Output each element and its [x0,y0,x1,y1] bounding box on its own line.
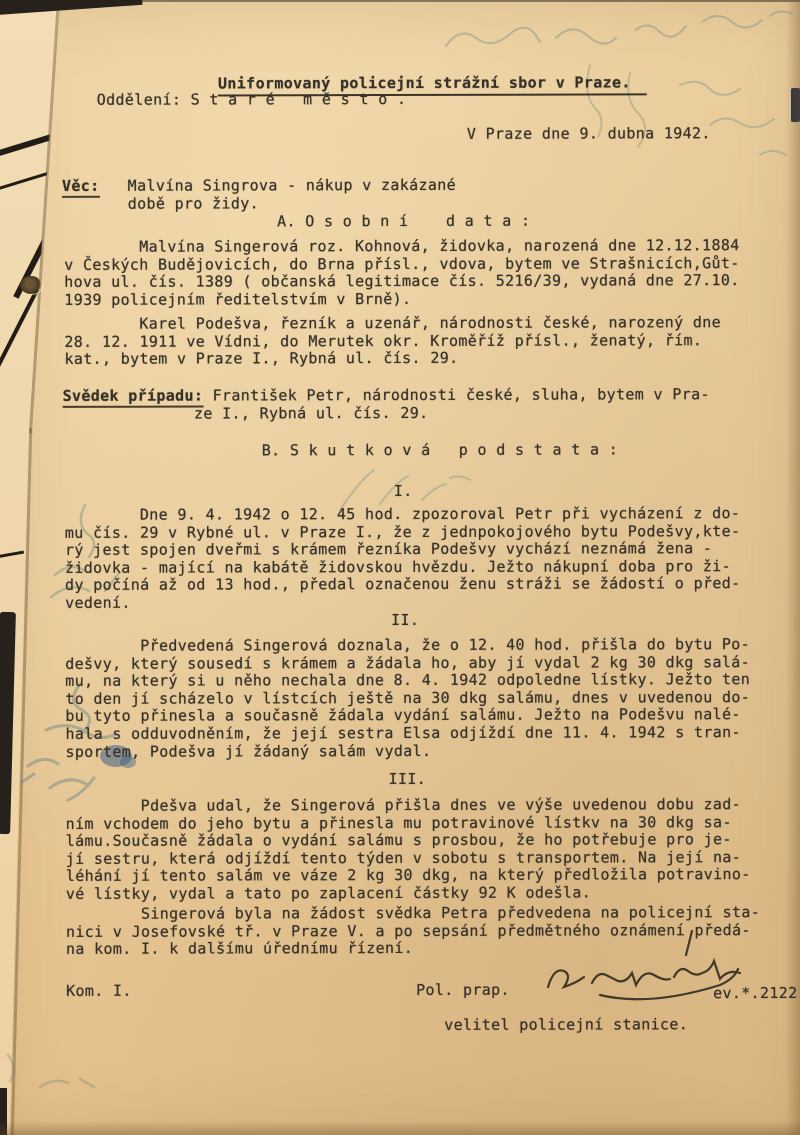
paragraph-part1: Dne 9. 4. 1942 o 12. 45 hod. zpozoroval … [65,505,741,612]
witness-block: Svědek případu: František Petr, národnos… [63,386,710,423]
typed-text-layer: Uniformovaný policejní strážní sbor v Pr… [0,0,800,1135]
paragraph-singerova: Malvína Singerová roz. Kohnová, židovka,… [64,237,740,309]
paragraph-part2: Předvedená Singerová doznala, že o 12. 4… [65,636,750,761]
dateline: V Praze dne 9. dubna 1942. [467,125,711,143]
section-b-heading: B. S k u t k o v á p o d s t a t a : [262,441,619,460]
department-line: Oddělení: S t a r é m ě s t o . [97,91,407,109]
footer-rank: Pol. prap. [416,982,510,1000]
subject-block: Věc: Malvína Singrova - nákup v zakázané… [62,177,456,213]
paragraph-part3: Pdešva udal, že Singerová přišla dnes ve… [66,796,751,903]
footer-signer-title: velitel policejní stanice. [444,1016,688,1034]
subject-text: Malvína Singrova - nákup v zakázané době… [62,176,456,213]
footer-ev-number: ev.*.2122 [713,985,797,1003]
paragraph-closing: Singerová byla na žádost svědka Petra př… [66,904,760,959]
section-a-heading: A. O s o b n í d a t a : [277,213,530,231]
part3-numeral: III. [389,771,427,789]
part2-numeral: II. [391,612,419,630]
part1-numeral: I. [394,483,413,501]
document-scan: Uniformovaný policejní strážní sbor v Pr… [0,0,800,1135]
footer-kom: Kom. I. [66,983,132,1001]
paragraph-podesva: Karel Podešva, řezník a uzenář, národnos… [64,314,721,369]
